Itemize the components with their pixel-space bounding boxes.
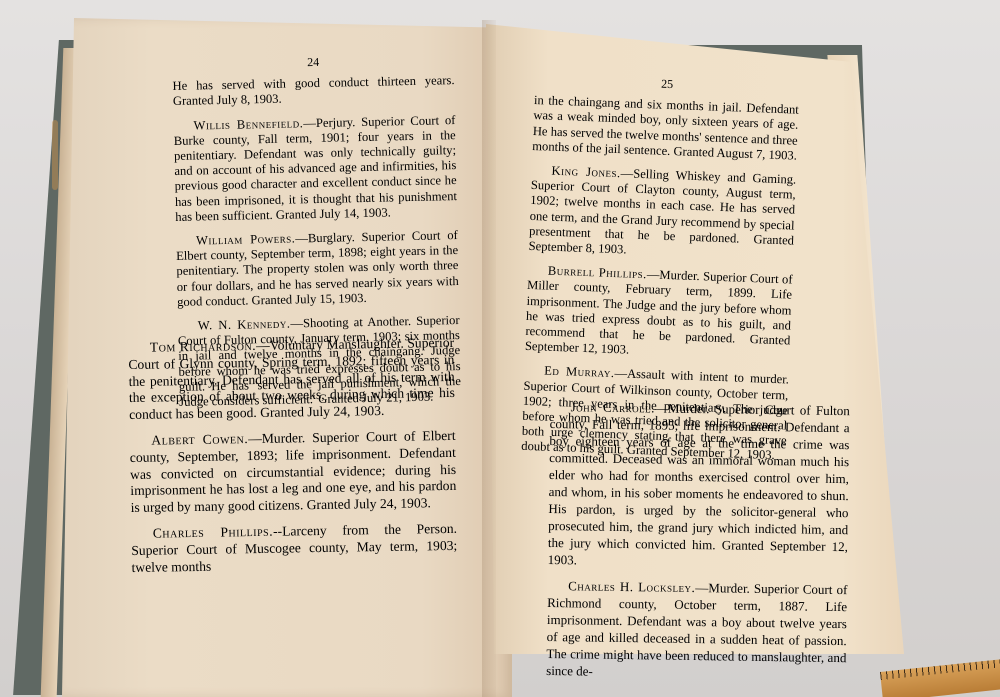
entry-charles-h-locksley: Charles H. Locksley.—Murder. Superior Co… xyxy=(546,577,847,683)
entry-albert-cowen: Albert Cowen.—Murder. Superior Court of … xyxy=(129,428,456,517)
entry-continuation: He has served with good conduct thirteen… xyxy=(172,73,455,109)
right-page-text-lower: John Carroll.—Murder. Superior Court of … xyxy=(546,398,850,692)
left-page-text-lower: Tom Richardson.—Voluntary Manslaughter. … xyxy=(128,335,458,585)
entry-king-jones: King Jones.—Selling Whiskey and Gaming. … xyxy=(528,163,796,264)
entry-john-carroll: John Carroll.—Murder. Superior Court of … xyxy=(548,398,850,572)
entry-william-powers: William Powers.—Burglary. Superior Court… xyxy=(176,228,460,310)
entry-willis-bennefield: Willis Bennefield.—Perjury. Superior Cou… xyxy=(173,113,457,225)
entry-burrell-phillips: Burrell Phillips.—Murder. Superior Court… xyxy=(525,263,793,364)
entry-charles-phillips: Charles Phillips.--Larceny from the Pers… xyxy=(131,521,458,577)
entry-tom-richardson: Tom Richardson.—Voluntary Manslaughter. … xyxy=(128,335,455,424)
page-stain xyxy=(52,120,58,190)
book-gutter xyxy=(482,20,496,697)
entry-continuation: in the chaingang and six months in jail.… xyxy=(532,93,799,163)
